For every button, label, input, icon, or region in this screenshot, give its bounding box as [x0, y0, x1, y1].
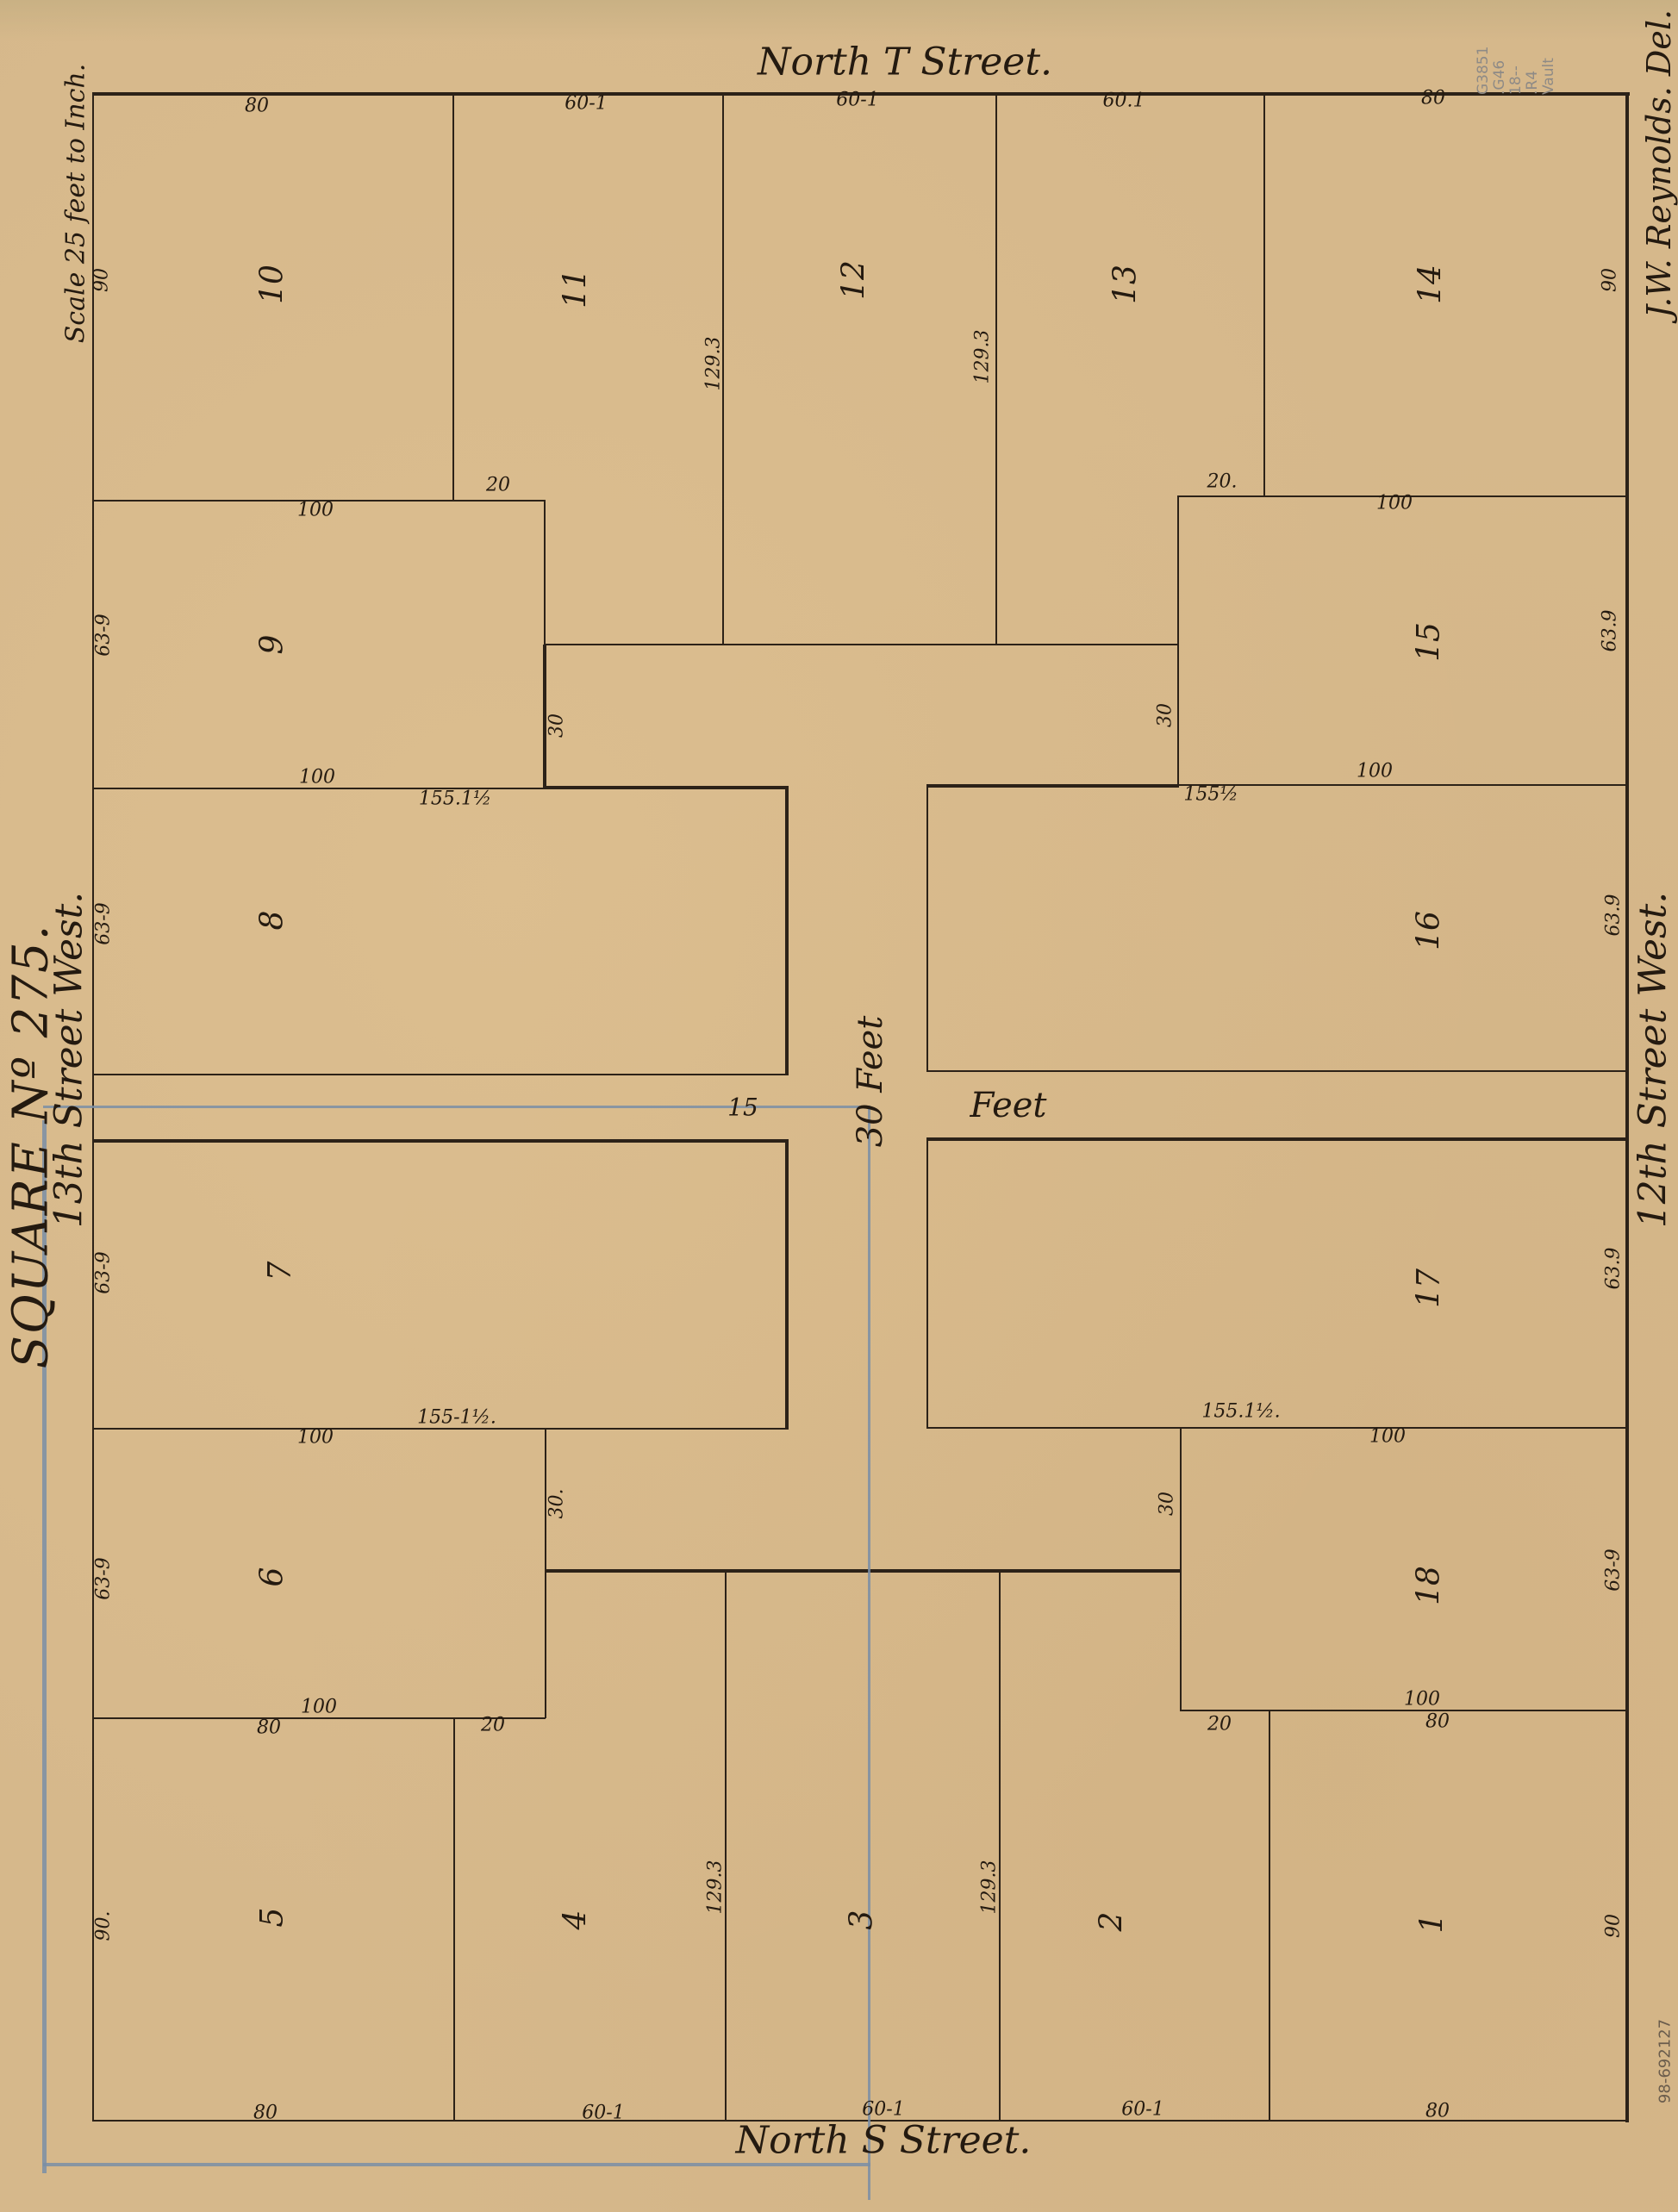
- lower-alley-bottom: [545, 1569, 1182, 1573]
- lot7-right-edge: [785, 1139, 789, 1430]
- lot-16-number: 16: [1412, 911, 1447, 950]
- street-north-label: North T Street.: [758, 41, 1052, 84]
- dim-alley-upper-left: 30: [546, 713, 568, 738]
- dim-lot18-side: 63-9: [1603, 1548, 1625, 1591]
- dim-lot1-side: 90: [1603, 1914, 1625, 1938]
- divider-10-11: [452, 93, 454, 501]
- dim-top-lot13: 60.1: [1103, 90, 1145, 112]
- dim-lot13-step: 20.: [1207, 471, 1238, 493]
- lot-18-number: 18: [1412, 1566, 1447, 1605]
- boundary-east: [1625, 92, 1629, 2122]
- dim-lot15-side: 63.9: [1600, 610, 1621, 652]
- lot15-bottom-edge: [1177, 784, 1627, 786]
- lot-11-number: 11: [558, 269, 594, 308]
- dim-bottom-lot5: 80: [253, 2103, 278, 2124]
- paper-fold-shadow: [0, 0, 1678, 41]
- scale-note: Scale 25 feet to Inch.: [61, 64, 91, 344]
- dim-depth-upper-a: 129.3: [703, 337, 725, 391]
- dim-lot17-bottom: 155.1½.: [1201, 1401, 1280, 1423]
- divider-12-13: [995, 93, 997, 645]
- dim-lot5-top: 80: [257, 1717, 281, 1739]
- dim-lot4-step: 20: [481, 1715, 505, 1736]
- dim-top-lot14: 80: [1421, 88, 1445, 109]
- dim-lot8-side: 63-9: [93, 902, 115, 944]
- dim-lot11-step: 20: [486, 475, 510, 496]
- divider-5-4: [453, 1717, 455, 2121]
- dim-lot18-bottom: 100: [1404, 1689, 1440, 1710]
- dim-depth-lower-b: 129.3: [979, 1860, 1001, 1915]
- dim-lot6-top: 100: [297, 1427, 334, 1449]
- lot-15-number: 15: [1412, 622, 1447, 662]
- dim-bottom-lot1: 80: [1425, 2101, 1450, 2122]
- lot-2-number: 2: [1095, 1912, 1130, 1932]
- lot-14-number: 14: [1413, 265, 1449, 304]
- dim-lot1-top: 80: [1425, 1711, 1450, 1733]
- lot-7-number: 7: [263, 1262, 298, 1281]
- dim-bottom-lot2: 60-1: [1121, 2099, 1163, 2121]
- draftsman-credit: J.W. Reynolds. Del.: [1640, 9, 1678, 318]
- lot9-right-edge: [544, 500, 546, 645]
- lot-9-number: 9: [255, 635, 290, 655]
- blue-pencil-vertical-center: [868, 1106, 870, 2200]
- catalog-pencil-note: G3851 .G46 18-- .R4 Vault: [1475, 47, 1557, 95]
- lot-1-number: 1: [1415, 1914, 1450, 1934]
- lot15-left-edge: [1177, 495, 1179, 785]
- street-east-label: 12th Street West.: [1631, 892, 1675, 1229]
- lot-4-number: 4: [558, 1910, 594, 1930]
- lot16-top-alley-edge: [926, 784, 1179, 788]
- dim-top-lot10: 80: [245, 96, 269, 117]
- dim-lot18-top: 100: [1369, 1426, 1406, 1448]
- lot7-top-edge: [92, 1139, 789, 1143]
- dim-lot9-bottom: 100: [299, 767, 335, 788]
- divider-2-1: [1269, 1710, 1270, 2121]
- dim-depth-lower-a: 129.3: [705, 1860, 727, 1915]
- dim-alley-upper-right: 30: [1155, 703, 1176, 727]
- divider-13-14: [1263, 93, 1265, 496]
- dim-depth-upper-b: 129.3: [972, 330, 994, 384]
- lot-12-number: 12: [837, 260, 872, 300]
- dim-lot6-bottom: 100: [301, 1697, 337, 1718]
- dim-lot14-side: 90: [1600, 268, 1621, 292]
- dim-alley-lower-left: 30.: [546, 1489, 568, 1519]
- dim-bottom-lot4: 60-1: [582, 2103, 624, 2124]
- dim-lot2-step: 20: [1207, 1714, 1232, 1735]
- dim-lot16-top: 155½: [1183, 784, 1238, 806]
- lot-3-number: 3: [845, 1910, 880, 1930]
- square-title: SQUARE Nº 275.: [3, 924, 59, 1369]
- lot17-left-edge: [926, 1137, 928, 1429]
- lot17-bottom-edge: [926, 1427, 1627, 1429]
- dim-lot15-top: 100: [1376, 493, 1413, 514]
- lot16-left-edge: [926, 784, 928, 1071]
- dim-top-lot11: 60-1: [565, 93, 607, 115]
- lot-10-number: 10: [255, 265, 290, 304]
- dim-lot9-side: 63-9: [93, 614, 115, 656]
- lot17-top-edge: [926, 1137, 1627, 1141]
- dim-lot6-side: 63-9: [93, 1557, 115, 1599]
- dim-lot10-side: 90: [91, 268, 113, 292]
- divider-3-2: [999, 1571, 1001, 2121]
- dim-lot9-top: 100: [297, 500, 334, 521]
- lot-8-number: 8: [255, 911, 290, 931]
- dim-lot8-top: 155.1½: [419, 788, 491, 810]
- dim-lot5-side: 90.: [93, 1911, 115, 1941]
- blue-pencil-horizontal-bottom: [43, 2163, 870, 2166]
- dim-lot15-bottom: 100: [1357, 761, 1393, 782]
- lot16-bottom-edge: [926, 1070, 1627, 1072]
- lot8-right-edge: [785, 786, 789, 1075]
- lot-13-number: 13: [1108, 265, 1144, 304]
- lot8-bottom-edge: [92, 1074, 789, 1075]
- street-south-label: North S Street.: [736, 2119, 1032, 2163]
- lot8-top-alley-edge: [544, 786, 789, 789]
- dim-alley-lower-right: 30: [1157, 1492, 1178, 1516]
- dim-lot7-bottom: 155-1½.: [417, 1407, 496, 1429]
- divider-4-3: [725, 1571, 727, 2121]
- blue-15-label: 15: [727, 1094, 758, 1122]
- lot-6-number: 6: [255, 1567, 290, 1587]
- dim-lot17-side: 63.9: [1603, 1248, 1625, 1290]
- lot-5-number: 5: [255, 1908, 290, 1928]
- lot-17-number: 17: [1412, 1268, 1447, 1308]
- lot6-right-edge: [545, 1428, 546, 1718]
- alley-feet-label: Feet: [970, 1086, 1047, 1125]
- alley-30-feet-label: 30 Feet: [851, 1016, 890, 1148]
- accession-stamp: 98-692127: [1656, 2019, 1675, 2103]
- dim-lot16-side: 63.9: [1603, 894, 1625, 937]
- dim-bottom-lot3: 60-1: [862, 2099, 904, 2121]
- upper-alley-top: [544, 644, 1179, 645]
- dim-lot7-side: 63-9: [93, 1251, 115, 1293]
- dim-top-lot12: 60-1: [836, 90, 878, 111]
